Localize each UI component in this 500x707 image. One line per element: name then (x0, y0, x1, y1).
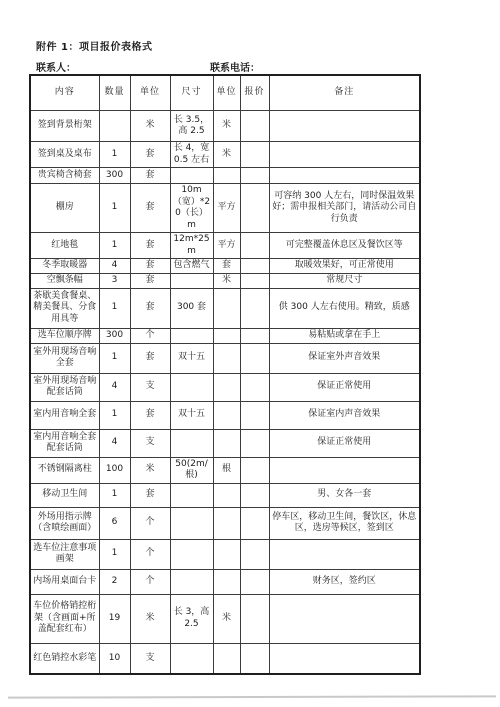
cell-price (240, 594, 269, 643)
cell-unit: 套 (130, 288, 170, 328)
cell-remark: 可完整覆盖休息区及餐饮区等 (269, 233, 420, 259)
cell-qty: 3 (99, 274, 130, 289)
cell-unit: 支 (130, 373, 170, 401)
cell-unit2 (213, 643, 240, 674)
cell-size: 长 3.5，高 2.5 (170, 111, 213, 142)
cell-qty: 1 (99, 184, 130, 233)
cell-unit: 个 (130, 507, 170, 539)
cell-price (240, 457, 269, 483)
cell-size (170, 168, 213, 184)
quotation-table-header: 内容数量单位尺寸单位报价备注 (30, 75, 420, 111)
cell-size (170, 507, 213, 539)
cell-unit2 (213, 328, 240, 343)
table-row: 外场用指示牌（含喷绘画面）6个停车区，移动卫生间，餐饮区，休息区，选房等候区，签… (30, 507, 420, 539)
header-row: 内容数量单位尺寸单位报价备注 (30, 75, 420, 111)
cell-size: 包含燃气 (170, 259, 213, 274)
cell-qty: 1 (99, 233, 130, 259)
cell-remark (269, 594, 420, 643)
table-row: 签到背景桁架米长 3.5，高 2.5米 (30, 111, 420, 142)
cell-remark (269, 643, 420, 674)
table-row: 冬季取暖器4套包含燃气套取暖效果好，可正常使用 (30, 259, 420, 274)
cell-remark: 常规尺寸 (269, 274, 420, 289)
cell-price (240, 483, 269, 507)
cell-unit: 套 (130, 274, 170, 289)
cell-size: 300 套 (170, 288, 213, 328)
cell-remark (269, 539, 420, 569)
cell-qty: 1 (99, 343, 130, 373)
cell-qty: 4 (99, 429, 130, 457)
cell-unit: 支 (130, 643, 170, 674)
cell-size (170, 274, 213, 289)
table-row: 选车位注意事项画架1个 (30, 539, 420, 569)
attachment-title: 附件 1：项目报价表格式 (36, 38, 152, 53)
cell-price (240, 184, 269, 233)
cell-price (240, 539, 269, 569)
column-header-5: 报价 (240, 75, 269, 111)
cell-price (240, 343, 269, 373)
cell-remark: 保证室内声音效果 (269, 401, 420, 429)
cell-unit: 套 (130, 483, 170, 507)
cell-content: 室内用音响全套配套话筒 (30, 429, 99, 457)
cell-remark: 易粘贴或拿在手上 (269, 328, 420, 343)
cell-remark: 停车区，移动卫生间，餐饮区，休息区，选房等候区，签到区 (269, 507, 420, 539)
cell-size: 双十五 (170, 343, 213, 373)
cell-content: 选车位注意事项画架 (30, 539, 99, 569)
cell-size: 长 4，宽 0.5 左右 (170, 142, 213, 168)
cell-content: 签到背景桁架 (30, 111, 99, 142)
cell-size: 长 3，高 2.5 (170, 594, 213, 643)
cell-unit2: 米 (213, 274, 240, 289)
cell-unit2 (213, 401, 240, 429)
cell-price (240, 111, 269, 142)
cell-remark (269, 111, 420, 142)
cell-unit2 (213, 373, 240, 401)
table-row: 空飘条幅3套米常规尺寸 (30, 274, 420, 289)
cell-unit: 米 (130, 594, 170, 643)
cell-size: 10m（宽）*20（长）m (170, 184, 213, 233)
table-row: 棚房1套10m（宽）*20（长）m平方可容纳 300 人左右，同时保温效果好；需… (30, 184, 420, 233)
cell-size (170, 373, 213, 401)
cell-qty: 6 (99, 507, 130, 539)
cell-size (170, 483, 213, 507)
cell-price (240, 168, 269, 184)
cell-unit: 支 (130, 429, 170, 457)
cell-content: 红地毯 (30, 233, 99, 259)
table-row: 茶歇美食餐桌、精美餐具、分食用具等1套300 套供 300 人左右使用。精致，质… (30, 288, 420, 328)
cell-content: 不锈钢隔离柱 (30, 457, 99, 483)
cell-content: 室外用现场音响全套 (30, 343, 99, 373)
cell-unit2 (213, 288, 240, 328)
cell-unit2: 平方 (213, 184, 240, 233)
cell-content: 贵宾椅含椅套 (30, 168, 99, 184)
table-row: 不锈钢隔离柱100米50(2m/根)根 (30, 457, 420, 483)
quotation-table: 内容数量单位尺寸单位报价备注 签到背景桁架米长 3.5，高 2.5米签到桌及桌布… (29, 74, 421, 675)
scanned-document-page: 附件 1：项目报价表格式 联系人： 联系电话： 内容数量单位尺寸单位报价备注 签… (0, 0, 500, 707)
cell-size: 12m*25m (170, 233, 213, 259)
cell-content: 冬季取暖器 (30, 259, 99, 274)
cell-unit2 (213, 507, 240, 539)
cell-qty: 300 (99, 168, 130, 184)
cell-qty: 10 (99, 643, 130, 674)
column-header-6: 备注 (269, 75, 420, 111)
cell-unit: 套 (130, 142, 170, 168)
cell-remark: 取暖效果好，可正常使用 (269, 259, 420, 274)
cell-price (240, 259, 269, 274)
cell-remark: 男、女各一套 (269, 483, 420, 507)
cell-remark: 保证正常使用 (269, 429, 420, 457)
cell-content: 室内用音响全套 (30, 401, 99, 429)
cell-unit: 个 (130, 569, 170, 594)
table-row: 贵宾椅含椅套300套 (30, 168, 420, 184)
column-header-1: 数量 (99, 75, 130, 111)
cell-unit2: 米 (213, 111, 240, 142)
table-row: 签到桌及桌布1套长 4，宽 0.5 左右米 (30, 142, 420, 168)
cell-qty: 100 (99, 457, 130, 483)
column-header-4: 单位 (213, 75, 240, 111)
table-row: 移动卫生间1套男、女各一套 (30, 483, 420, 507)
cell-remark (269, 168, 420, 184)
cell-content: 棚房 (30, 184, 99, 233)
cell-unit: 个 (130, 539, 170, 569)
cell-content: 室外用现场音响配套话筒 (30, 373, 99, 401)
cell-unit: 套 (130, 168, 170, 184)
quotation-table-body: 签到背景桁架米长 3.5，高 2.5米签到桌及桌布1套长 4，宽 0.5 左右米… (30, 111, 420, 675)
cell-size (170, 328, 213, 343)
cell-qty: 1 (99, 401, 130, 429)
cell-unit2 (213, 168, 240, 184)
cell-qty: 1 (99, 288, 130, 328)
cell-content: 茶歇美食餐桌、精美餐具、分食用具等 (30, 288, 99, 328)
table-row: 选车位顺序牌300个易粘贴或拿在手上 (30, 328, 420, 343)
cell-price (240, 429, 269, 457)
cell-unit2: 米 (213, 142, 240, 168)
cell-price (240, 569, 269, 594)
cell-qty: 1 (99, 483, 130, 507)
cell-price (240, 274, 269, 289)
cell-unit2: 套 (213, 259, 240, 274)
table-row: 红色销控水彩笔10支 (30, 643, 420, 674)
table-row: 室外用现场音响配套话筒4支保证正常使用 (30, 373, 420, 401)
cell-size (170, 429, 213, 457)
cell-price (240, 142, 269, 168)
cell-unit2 (213, 483, 240, 507)
cell-unit2: 米 (213, 594, 240, 643)
cell-price (240, 373, 269, 401)
cell-unit: 米 (130, 111, 170, 142)
cell-qty: 19 (99, 594, 130, 643)
table-row: 车位价格销控桁架（含画面+所盖配套红布）19米长 3，高 2.5米 (30, 594, 420, 643)
cell-size: 50(2m/根) (170, 457, 213, 483)
contact-person-label: 联系人： (36, 59, 76, 74)
cell-price (240, 233, 269, 259)
cell-size (170, 539, 213, 569)
cell-size (170, 643, 213, 674)
column-header-3: 尺寸 (170, 75, 213, 111)
cell-size: 双十五 (170, 401, 213, 429)
cell-unit: 米 (130, 457, 170, 483)
cell-price (240, 328, 269, 343)
cell-price (240, 507, 269, 539)
cell-size (170, 569, 213, 594)
table-row: 室内用音响全套1套双十五保证室内声音效果 (30, 401, 420, 429)
cell-unit2: 根 (213, 457, 240, 483)
cell-remark (269, 142, 420, 168)
cell-price (240, 401, 269, 429)
cell-content: 内场用桌面台卡 (30, 569, 99, 594)
cell-unit: 个 (130, 328, 170, 343)
cell-qty: 1 (99, 539, 130, 569)
cell-qty: 4 (99, 373, 130, 401)
cell-unit: 套 (130, 184, 170, 233)
cell-unit: 套 (130, 233, 170, 259)
cell-remark (269, 457, 420, 483)
scan-edge-line (8, 695, 496, 698)
table-row: 室内用音响全套配套话筒4支保证正常使用 (30, 429, 420, 457)
cell-content: 车位价格销控桁架（含画面+所盖配套红布） (30, 594, 99, 643)
cell-remark: 财务区，签约区 (269, 569, 420, 594)
table-row: 红地毯1套12m*25m平方可完整覆盖休息区及餐饮区等 (30, 233, 420, 259)
column-header-2: 单位 (130, 75, 170, 111)
cell-content: 签到桌及桌布 (30, 142, 99, 168)
cell-unit: 套 (130, 401, 170, 429)
cell-remark: 可容纳 300 人左右，同时保温效果好；需申报相关部门，请活动公司自行负责 (269, 184, 420, 233)
cell-qty: 1 (99, 142, 130, 168)
cell-price (240, 643, 269, 674)
cell-content: 移动卫生间 (30, 483, 99, 507)
cell-content: 外场用指示牌（含喷绘画面） (30, 507, 99, 539)
cell-unit: 套 (130, 259, 170, 274)
table-row: 内场用桌面台卡2个财务区，签约区 (30, 569, 420, 594)
cell-remark: 保证正常使用 (269, 373, 420, 401)
table-row: 室外用现场音响全套1套双十五保证室外声音效果 (30, 343, 420, 373)
cell-unit2 (213, 429, 240, 457)
cell-remark: 保证室外声音效果 (269, 343, 420, 373)
cell-qty: 4 (99, 259, 130, 274)
cell-qty: 300 (99, 328, 130, 343)
cell-unit2 (213, 539, 240, 569)
cell-content: 选车位顺序牌 (30, 328, 99, 343)
cell-unit2 (213, 569, 240, 594)
cell-content: 空飘条幅 (30, 274, 99, 289)
cell-remark: 供 300 人左右使用。精致，质感 (269, 288, 420, 328)
cell-qty: 2 (99, 569, 130, 594)
cell-qty (99, 111, 130, 142)
column-header-0: 内容 (30, 75, 99, 111)
cell-unit2: 平方 (213, 233, 240, 259)
cell-unit2 (213, 343, 240, 373)
cell-unit: 套 (130, 343, 170, 373)
cell-content: 红色销控水彩笔 (30, 643, 99, 674)
cell-price (240, 288, 269, 328)
contact-phone-label: 联系电话： (210, 59, 260, 74)
